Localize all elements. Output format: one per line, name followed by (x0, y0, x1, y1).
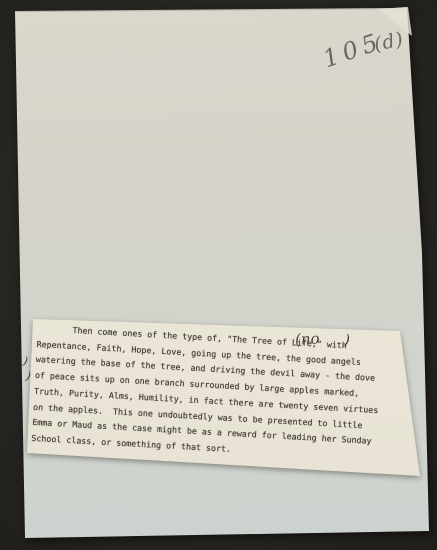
typed-slip (0, 0, 437, 550)
typed-slip-shadow (0, 0, 437, 550)
photo-backdrop: 105 (d) Then come ones of the type of, "… (0, 0, 437, 550)
ink-note-open: (no (295, 329, 320, 348)
